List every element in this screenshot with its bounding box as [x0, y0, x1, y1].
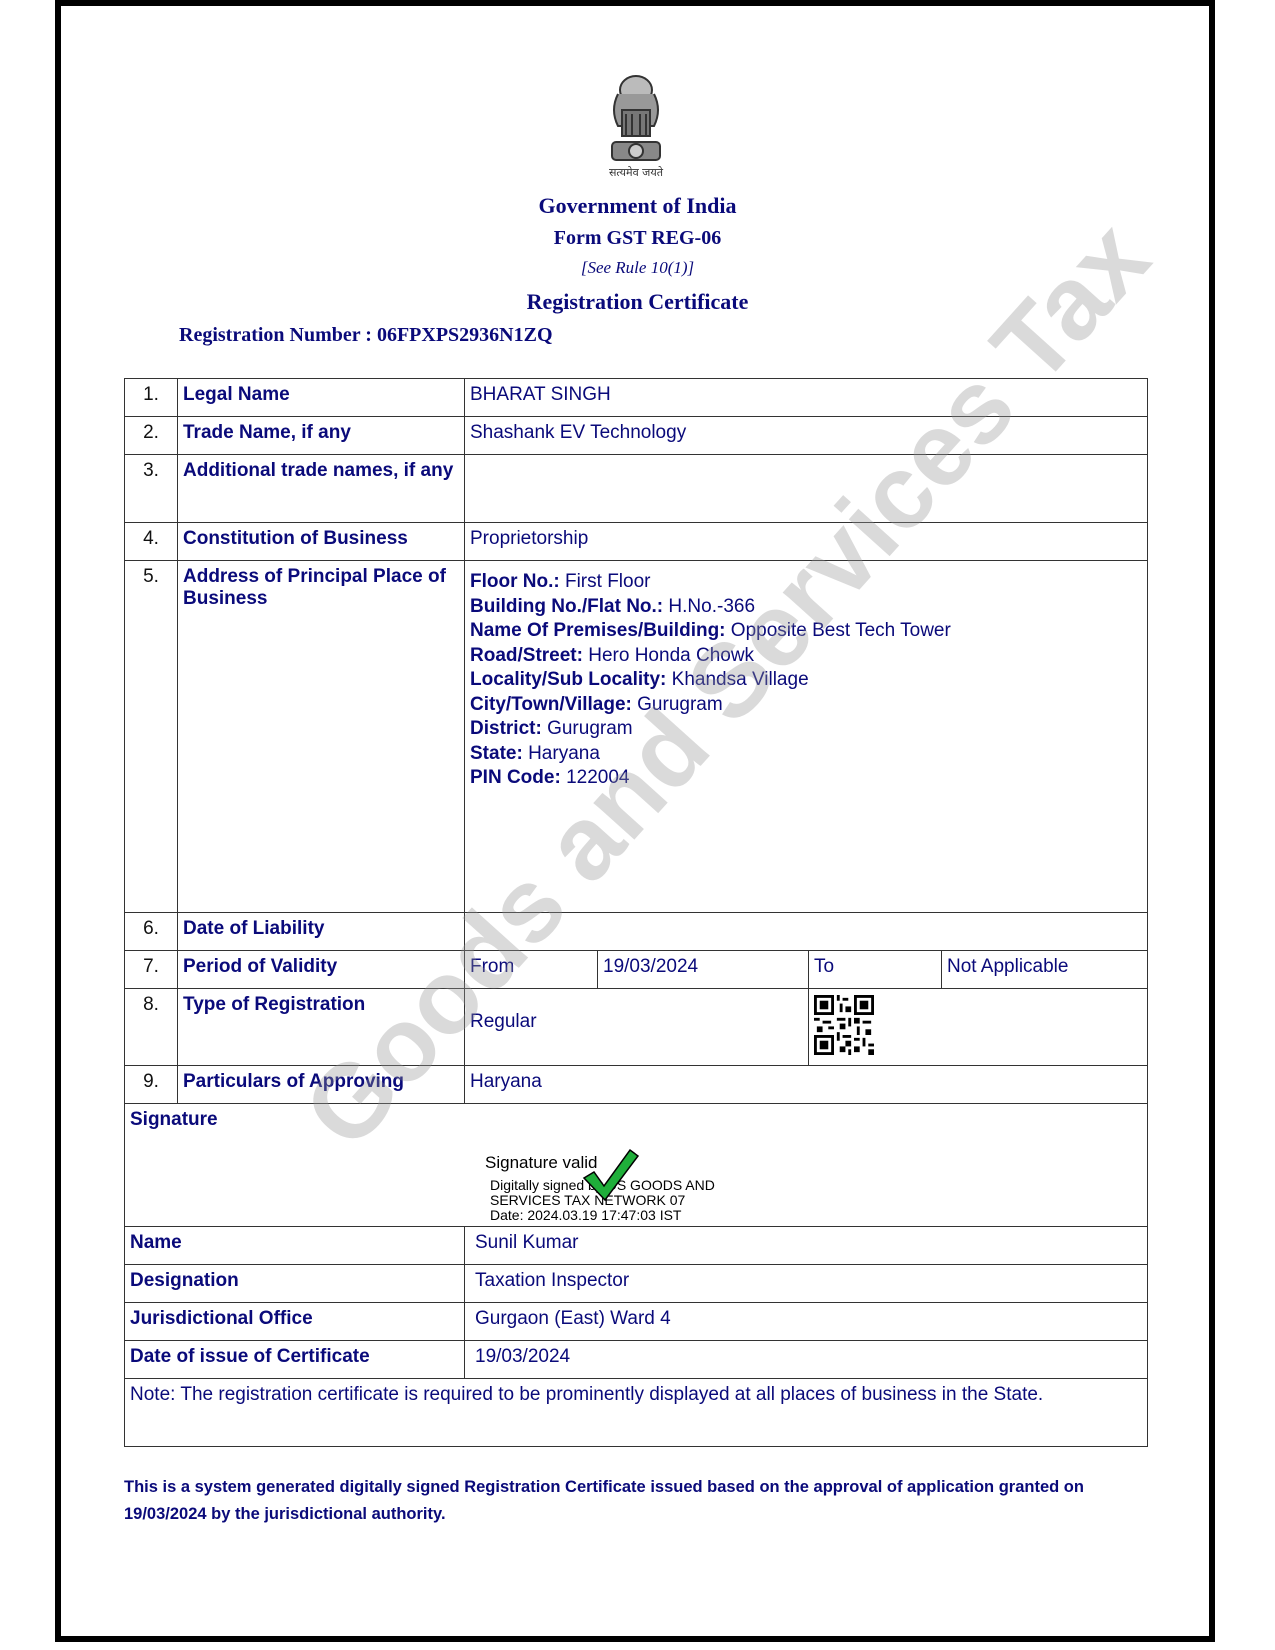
- table-row: 5. Address of Principal Place of Busines…: [125, 561, 1148, 913]
- registration-number-label: Registration Number :: [179, 324, 372, 346]
- table-row: Jurisdictional Office Gurgaon (East) War…: [125, 1303, 1148, 1341]
- address-line: District: Gurugram: [470, 717, 1142, 742]
- table-row: 7. Period of Validity From 19/03/2024 To…: [125, 951, 1148, 989]
- signature-cell: Signature Signature valid Digitally sign…: [125, 1104, 1148, 1227]
- approving-particulars-value: Haryana: [465, 1066, 1148, 1104]
- date-of-liability-value: [465, 913, 1148, 951]
- validity-from-label: From: [465, 951, 598, 989]
- certificate-title: Registration Certificate: [0, 289, 1275, 315]
- row-label: Date of Liability: [178, 913, 465, 951]
- issue-date-value: 19/03/2024: [465, 1341, 1148, 1379]
- row-number: 6.: [125, 913, 178, 951]
- table-row: 6. Date of Liability: [125, 913, 1148, 951]
- row-number: 3.: [125, 455, 178, 523]
- address-line: Name Of Premises/Building: Opposite Best…: [470, 619, 1142, 644]
- row-label: Constitution of Business: [178, 523, 465, 561]
- address-line: PIN Code: 122004: [470, 766, 1142, 791]
- trade-name-value: Shashank EV Technology: [465, 417, 1148, 455]
- row-label: Period of Validity: [178, 951, 465, 989]
- registration-number: Registration Number : 06FPXPS2936N1ZQ: [179, 324, 553, 347]
- designation-value: Taxation Inspector: [465, 1265, 1148, 1303]
- table-row: 8. Type of Registration Regular: [125, 989, 1148, 1066]
- row-number: 4.: [125, 523, 178, 561]
- display-note: Note: The registration certificate is re…: [125, 1379, 1148, 1447]
- row-number: 7.: [125, 951, 178, 989]
- qr-cell: [809, 989, 1148, 1066]
- registration-type-value: Regular: [465, 989, 809, 1066]
- row-label: Additional trade names, if any: [178, 455, 465, 523]
- address-line: City/Town/Village: Gurugram: [470, 693, 1142, 718]
- note-row: Note: The registration certificate is re…: [125, 1379, 1148, 1447]
- jurisdictional-office-value: Gurgaon (East) Ward 4: [465, 1303, 1148, 1341]
- table-row: 2. Trade Name, if any Shashank EV Techno…: [125, 417, 1148, 455]
- government-heading: Government of India: [0, 193, 1275, 219]
- validity-to-value: Not Applicable: [942, 951, 1148, 989]
- table-row: Date of issue of Certificate 19/03/2024: [125, 1341, 1148, 1379]
- additional-trade-names-value: [465, 455, 1148, 523]
- officer-label: Date of issue of Certificate: [125, 1341, 465, 1379]
- table-row: 1. Legal Name BHARAT SINGH: [125, 379, 1148, 417]
- rule-reference: [See Rule 10(1)]: [0, 258, 1275, 278]
- table-row: 9. Particulars of Approving Haryana: [125, 1066, 1148, 1104]
- table-row: Name Sunil Kumar: [125, 1227, 1148, 1265]
- legal-name-value: BHARAT SINGH: [465, 379, 1148, 417]
- address-line: Locality/Sub Locality: Khandsa Village: [470, 668, 1142, 693]
- row-number: 1.: [125, 379, 178, 417]
- registration-details-table: 1. Legal Name BHARAT SINGH 2. Trade Name…: [124, 378, 1148, 1447]
- row-label: Type of Registration: [178, 989, 465, 1066]
- row-number: 9.: [125, 1066, 178, 1104]
- row-label: Legal Name: [178, 379, 465, 417]
- emblem-motto: सत्यमेव जयते: [588, 165, 684, 180]
- row-label: Address of Principal Place of Business: [178, 561, 465, 913]
- address-value: Floor No.: First Floor Building No./Flat…: [465, 561, 1148, 913]
- table-row: Designation Taxation Inspector: [125, 1265, 1148, 1303]
- validity-from-value: 19/03/2024: [598, 951, 809, 989]
- row-label: Particulars of Approving: [178, 1066, 465, 1104]
- address-line: State: Haryana: [470, 742, 1142, 767]
- validity-to-label: To: [809, 951, 942, 989]
- officer-label: Name: [125, 1227, 465, 1265]
- address-line: Floor No.: First Floor: [470, 570, 1142, 595]
- row-number: 2.: [125, 417, 178, 455]
- form-name: Form GST REG-06: [0, 227, 1275, 250]
- officer-label: Designation: [125, 1265, 465, 1303]
- officer-name-value: Sunil Kumar: [465, 1227, 1148, 1265]
- address-line: Building No./Flat No.: H.No.-366: [470, 595, 1142, 620]
- registration-number-value: 06FPXPS2936N1ZQ: [377, 324, 553, 346]
- table-row: 3. Additional trade names, if any: [125, 455, 1148, 523]
- table-row: 4. Constitution of Business Proprietorsh…: [125, 523, 1148, 561]
- qr-code-icon[interactable]: [814, 995, 874, 1055]
- checkmark-icon: [580, 1144, 640, 1204]
- address-line: Road/Street: Hero Honda Chowk: [470, 644, 1142, 669]
- row-number: 5.: [125, 561, 178, 913]
- row-label: Trade Name, if any: [178, 417, 465, 455]
- signature-label: Signature: [130, 1109, 218, 1130]
- row-number: 8.: [125, 989, 178, 1066]
- signature-row: Signature Signature valid Digitally sign…: [125, 1104, 1148, 1227]
- officer-label: Jurisdictional Office: [125, 1303, 465, 1341]
- constitution-value: Proprietorship: [465, 523, 1148, 561]
- system-generated-footer: This is a system generated digitally sig…: [124, 1474, 1134, 1528]
